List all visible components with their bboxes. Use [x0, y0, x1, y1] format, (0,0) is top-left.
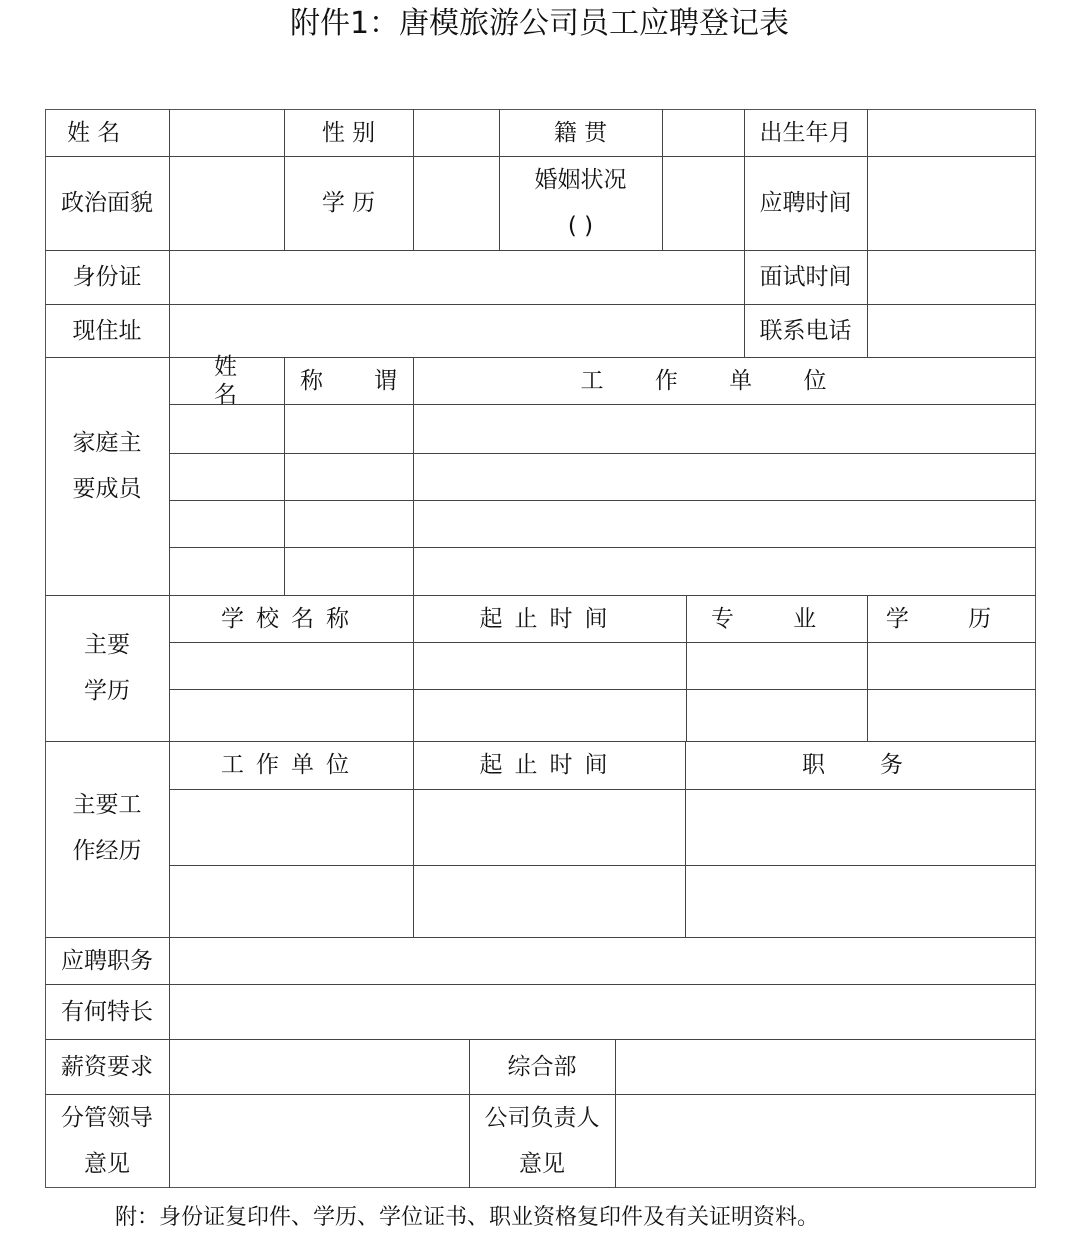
native-place-field[interactable]: [663, 110, 744, 156]
gender-field[interactable]: [414, 110, 499, 156]
work-header-period: 起止时间: [413, 741, 686, 789]
hr-dept-field[interactable]: [616, 1040, 1036, 1094]
address-field[interactable]: [170, 305, 744, 357]
work-header-title: 职 务: [685, 741, 1036, 789]
work-row-2-title[interactable]: [686, 866, 1036, 937]
family-row-2-name[interactable]: [170, 454, 284, 500]
interview-time-label: 面试时间: [744, 250, 867, 304]
footnote: 附：身份证复印件、学历、学位证书、职业资格复印件及有关证明资料。: [115, 1202, 819, 1234]
family-label-line2: 要成员: [73, 466, 142, 512]
address-label: 现住址: [45, 304, 169, 357]
family-row-3-relation[interactable]: [285, 501, 413, 547]
education-row-2-degree[interactable]: [868, 690, 1036, 741]
education-row-1-period[interactable]: [414, 643, 686, 689]
family-row-3-workplace[interactable]: [414, 501, 1036, 547]
education-level-field[interactable]: [414, 157, 499, 250]
interview-time-field[interactable]: [868, 251, 1036, 304]
family-row-3-name[interactable]: [170, 501, 284, 547]
education-header-degree: 学 历: [867, 595, 1036, 642]
family-label-line1: 家庭主: [73, 420, 142, 466]
work-label-line2: 作经历: [73, 828, 142, 874]
marital-status-label: 婚姻状况 ( ): [499, 156, 662, 250]
family-row-2-workplace[interactable]: [414, 454, 1036, 500]
apply-time-field[interactable]: [868, 157, 1036, 250]
phone-label: 联系电话: [744, 304, 867, 357]
family-header-name: 姓 名: [169, 357, 284, 404]
birth-label: 出生年月: [744, 109, 867, 156]
leader-label-line2: 意见: [84, 1141, 130, 1187]
education-header-major: 专 业: [686, 595, 867, 642]
marital-status-text: 婚姻状况: [535, 157, 627, 203]
family-row-4-workplace[interactable]: [414, 548, 1036, 595]
birth-field[interactable]: [868, 110, 1036, 156]
education-section-label: 主要 学历: [45, 595, 169, 741]
apply-time-label: 应聘时间: [744, 156, 867, 250]
page-title: 附件1：唐模旅游公司员工应聘登记表: [0, 4, 1079, 44]
name-label: 姓 名: [45, 109, 169, 156]
education-label-line2: 学历: [84, 668, 130, 714]
family-row-1-name[interactable]: [170, 405, 284, 453]
position-field[interactable]: [170, 938, 1036, 984]
work-header-employer: 工作单位: [169, 741, 413, 789]
work-row-1-title[interactable]: [686, 790, 1036, 865]
political-status-label: 政治面貌: [45, 156, 169, 250]
education-row-2-school[interactable]: [170, 690, 413, 741]
boss-opinion-field[interactable]: [616, 1095, 1036, 1188]
specialty-field[interactable]: [170, 985, 1036, 1039]
education-header-period: 起止时间: [413, 595, 686, 642]
education-header-school: 学校名称: [169, 595, 413, 642]
work-row-1-employer[interactable]: [170, 790, 413, 865]
education-row-1-major[interactable]: [687, 643, 867, 689]
work-label-line1: 主要工: [73, 782, 142, 828]
boss-label-line2: 意见: [519, 1141, 565, 1187]
education-label-line1: 主要: [84, 622, 130, 668]
salary-field[interactable]: [170, 1040, 469, 1094]
id-card-field[interactable]: [170, 251, 744, 304]
native-place-label: 籍 贯: [499, 109, 662, 156]
id-card-label: 身份证: [45, 250, 169, 304]
leader-label-line1: 分管领导: [61, 1095, 153, 1141]
boss-opinion-label: 公司负责人 意见: [469, 1094, 615, 1188]
work-row-2-period[interactable]: [414, 866, 685, 937]
leader-opinion-field[interactable]: [170, 1095, 469, 1188]
salary-label: 薪资要求: [45, 1039, 169, 1094]
work-row-2-employer[interactable]: [170, 866, 413, 937]
education-row-2-period[interactable]: [414, 690, 686, 741]
gender-label: 性 别: [284, 109, 413, 156]
education-row-1-degree[interactable]: [868, 643, 1036, 689]
work-section-label: 主要工 作经历: [45, 741, 169, 937]
marital-status-paren: ( ): [568, 203, 593, 249]
family-row-1-workplace[interactable]: [414, 405, 1036, 453]
marital-status-field[interactable]: [663, 157, 744, 250]
position-label: 应聘职务: [45, 937, 169, 984]
family-header-relation: 称 谓: [284, 357, 413, 404]
name-field[interactable]: [170, 110, 284, 156]
education-row-1-school[interactable]: [170, 643, 413, 689]
family-header-workplace: 工 作 单 位: [413, 357, 1036, 404]
family-row-1-relation[interactable]: [285, 405, 413, 453]
specialty-label: 有何特长: [45, 984, 169, 1039]
education-row-2-major[interactable]: [687, 690, 867, 741]
phone-field[interactable]: [868, 305, 1036, 357]
hr-dept-label: 综合部: [469, 1039, 615, 1094]
family-row-2-relation[interactable]: [285, 454, 413, 500]
leader-opinion-label: 分管领导 意见: [45, 1094, 169, 1188]
political-status-field[interactable]: [170, 157, 284, 250]
family-row-4-relation[interactable]: [285, 548, 413, 595]
work-row-1-period[interactable]: [414, 790, 685, 865]
boss-label-line1: 公司负责人: [485, 1095, 600, 1141]
family-row-4-name[interactable]: [170, 548, 284, 595]
education-level-label: 学 历: [284, 156, 413, 250]
family-section-label: 家庭主 要成员: [45, 357, 169, 595]
